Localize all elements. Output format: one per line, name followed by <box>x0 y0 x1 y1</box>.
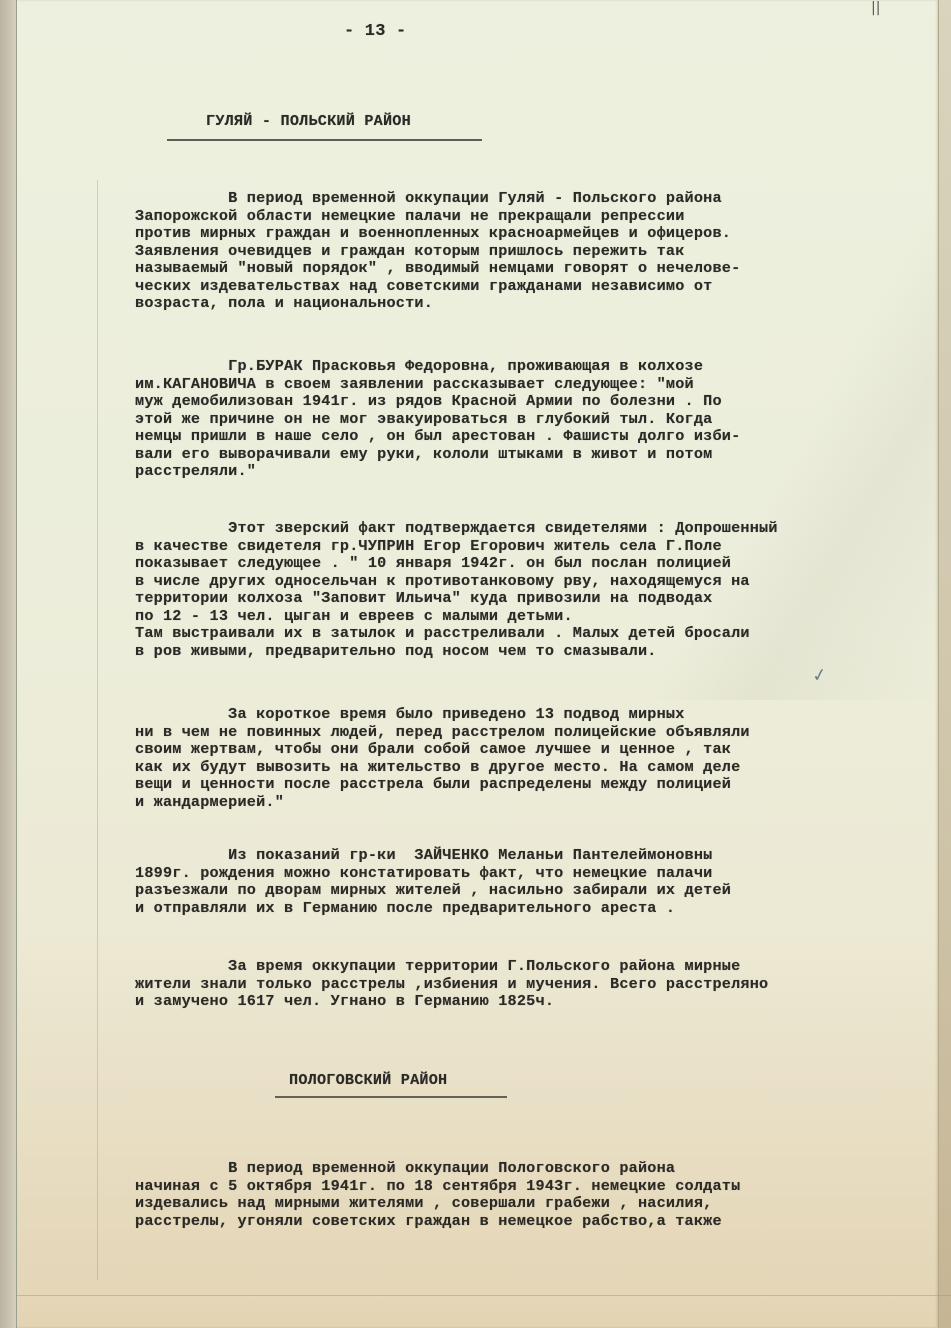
text-line: Запорожской области немецкие палачи не п… <box>135 208 935 226</box>
text-line: показывает следующее . " 10 января 1942г… <box>135 555 935 573</box>
text-line: издевались над мирными жителями , соверш… <box>135 1195 935 1213</box>
text-line: Из показаний гр-ки ЗАЙЧЕНКО Меланьи Пант… <box>135 847 935 865</box>
text-line: этой же причине он не мог эвакуироваться… <box>135 411 935 429</box>
text-line: и жандармерией." <box>135 794 935 812</box>
text-line: Заявления очевидцев и граждан которым пр… <box>135 243 935 261</box>
page-number: - 13 - <box>344 22 406 41</box>
text-line: За короткое время было приведено 13 подв… <box>135 706 935 724</box>
section-heading-gulyai-polye: ГУЛЯЙ - ПОЛЬСКИЙ РАЙОН <box>206 112 411 130</box>
paragraph: Этот зверский факт подтверждается свидет… <box>135 520 935 660</box>
paragraph: Из показаний гр-ки ЗАЙЧЕНКО Меланьи Пант… <box>135 847 935 917</box>
text-line: в качестве свидетеля гр.ЧУПРИН Егор Егор… <box>135 538 935 556</box>
text-line: вещи и ценности после расстрела были рас… <box>135 776 935 794</box>
text-line: разъезжали по дворам мирных жителей , на… <box>135 882 935 900</box>
paper-crease <box>97 180 98 1280</box>
text-line: жители знали только расстрелы ,избиения … <box>135 976 935 994</box>
page-bottom-edge <box>16 1295 951 1296</box>
text-line: по 12 - 13 чел. цыган и евреев с малыми … <box>135 608 935 626</box>
text-line: территории колхоза "Заповит Ильича" куда… <box>135 590 935 608</box>
text-line: в ров живыми, предварительно под носом ч… <box>135 643 935 661</box>
section-heading-polohy: ПОЛОГОВСКИЙ РАЙОН <box>289 1071 447 1089</box>
paragraph: За короткое время было приведено 13 подв… <box>135 706 935 811</box>
heading-underline <box>167 139 482 141</box>
paragraph: Гр.БУРАК Прасковья Федоровна, проживающа… <box>135 358 935 481</box>
text-line: и отправляли их в Германию после предвар… <box>135 900 935 918</box>
text-line: ни в чем не повинных людей, перед расстр… <box>135 724 935 742</box>
text-line: Там выстраивали их в затылок и расстрели… <box>135 625 935 643</box>
text-line: За время оккупации территории Г.Польског… <box>135 958 935 976</box>
paragraph: В период временной оккупации Пологовског… <box>135 1160 935 1230</box>
text-line: как их будут вывозить на жительство в др… <box>135 759 935 777</box>
text-line: В период временной оккупации Пологовског… <box>135 1160 935 1178</box>
corner-mark: || <box>871 0 880 16</box>
text-line: в числе других односельчан к противотанк… <box>135 573 935 591</box>
text-line: называемый "новый порядок" , вводимый не… <box>135 260 935 278</box>
text-line: расстрелы, угоняли советских граждан в н… <box>135 1213 935 1231</box>
text-line: В период временной оккупации Гуляй - Пол… <box>135 190 935 208</box>
text-line: и замучено 1617 чел. Угнано в Германию 1… <box>135 993 935 1011</box>
text-line: начиная с 5 октября 1941г. по 18 сентябр… <box>135 1178 935 1196</box>
text-line: вали его выворачивали ему руки, кололи ш… <box>135 446 935 464</box>
text-line: возраста, пола и национальности. <box>135 295 935 313</box>
text-line: Гр.БУРАК Прасковья Федоровна, проживающа… <box>135 358 935 376</box>
checkmark-icon: ✓ <box>810 664 829 687</box>
text-line: им.КАГАНОВИЧА в своем заявлении рассказы… <box>135 376 935 394</box>
text-line: ческих издевательствах над советскими гр… <box>135 278 935 296</box>
text-line: 1899г. рождения можно констатировать фак… <box>135 865 935 883</box>
heading-underline <box>275 1096 507 1098</box>
text-line: своим жертвам, чтобы они брали собой сам… <box>135 741 935 759</box>
text-line: немцы пришли в наше село , он был аресто… <box>135 428 935 446</box>
text-line: муж демобилизован 1941г. из рядов Красно… <box>135 393 935 411</box>
text-line: расстреляли." <box>135 463 935 481</box>
scan-right-edge <box>938 0 951 1328</box>
document-page: - 13 - ГУЛЯЙ - ПОЛЬСКИЙ РАЙОН В период в… <box>16 0 939 1328</box>
text-line: против мирных граждан и военнопленных кр… <box>135 225 935 243</box>
paragraph: В период временной оккупации Гуляй - Пол… <box>135 190 935 313</box>
text-line: Этот зверский факт подтверждается свидет… <box>135 520 935 538</box>
paragraph: За время оккупации территории Г.Польског… <box>135 958 935 1011</box>
